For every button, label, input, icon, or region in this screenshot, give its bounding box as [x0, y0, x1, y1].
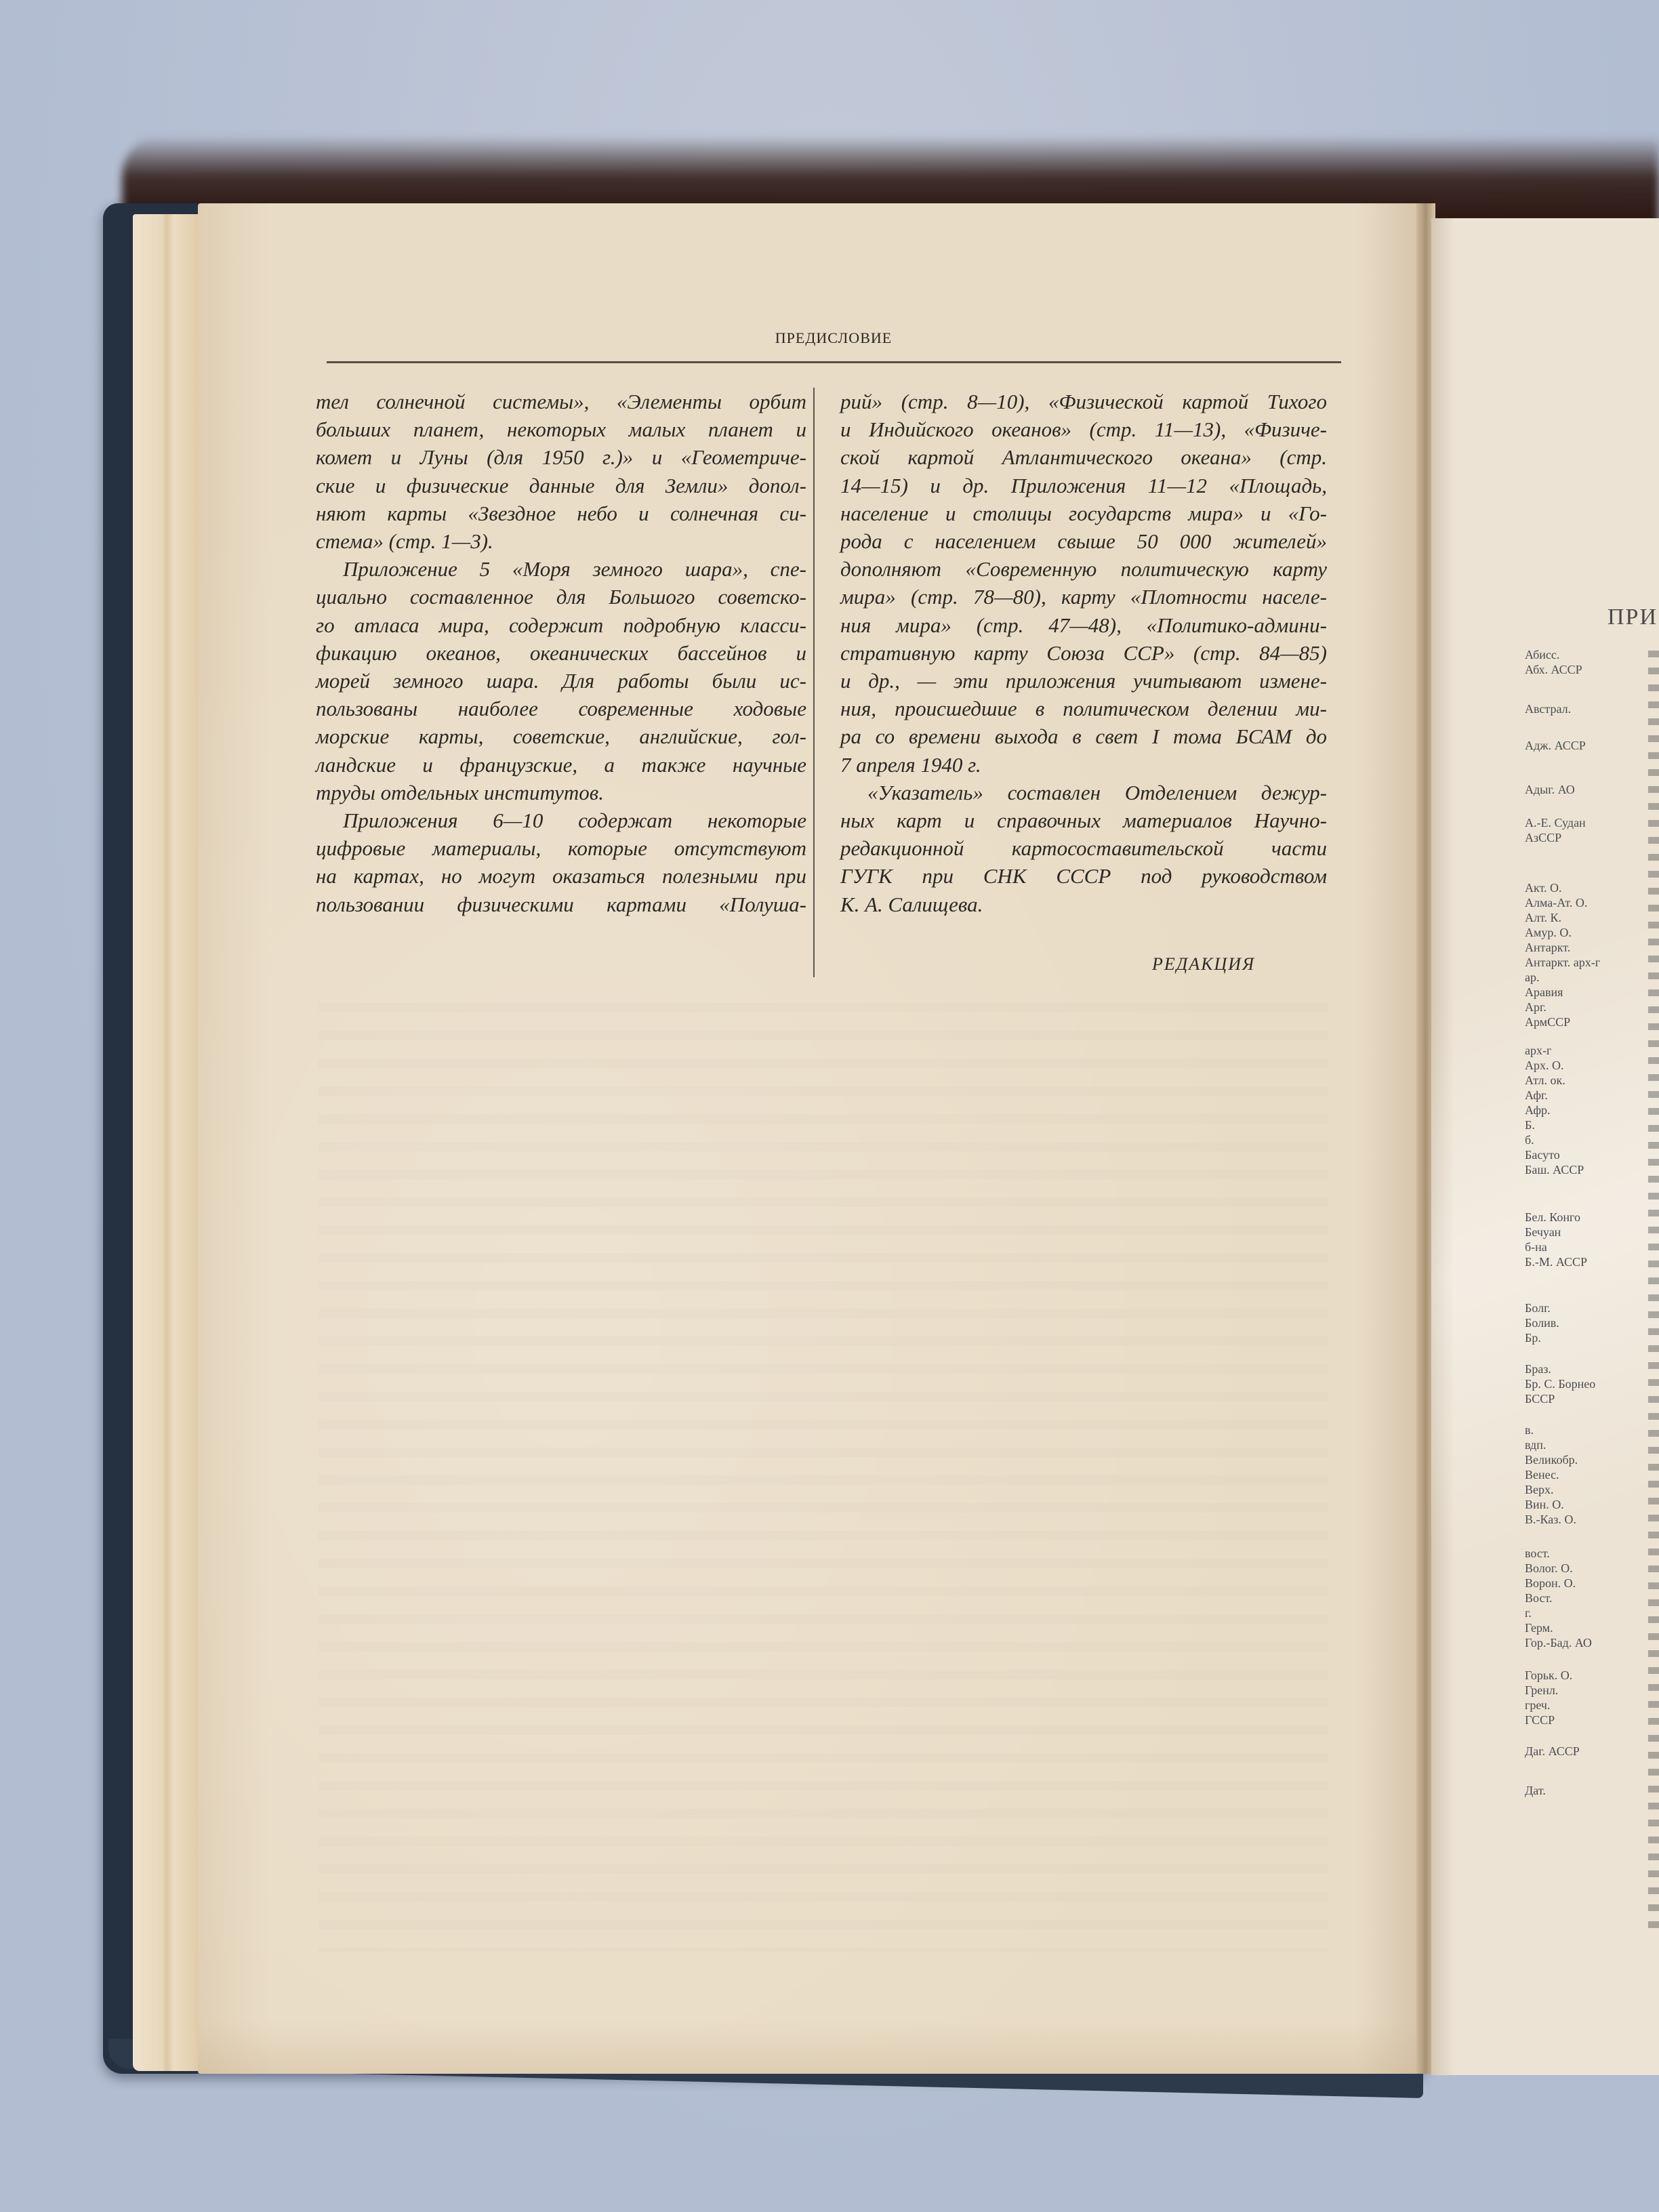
abbreviation-entry: Бел. Конго	[1525, 1210, 1580, 1225]
text-line: рода с населением свыше 50 000 жителей»	[840, 527, 1327, 555]
abbreviation-entry: Алт. К.	[1525, 911, 1561, 925]
abbreviation-entry: Герм.	[1525, 1621, 1553, 1635]
text-line: тел солнечной системы», «Элементы орбит	[316, 388, 806, 415]
abbreviation-entry: б-на	[1525, 1240, 1547, 1254]
running-head: ПРЕДИСЛОВИЕ	[325, 329, 1342, 347]
abbreviation-entry: ар.	[1525, 970, 1540, 985]
abbreviation-entry: Бр.	[1525, 1331, 1541, 1345]
text-line: ландские и французские, а также научные	[316, 751, 806, 779]
abbreviation-entry: вдп.	[1525, 1438, 1546, 1452]
abbreviation-entry: В.-Каз. О.	[1525, 1513, 1576, 1527]
abbreviation-entry: Абх. АССР	[1525, 663, 1582, 677]
text-line: и др., — эти приложения учитывают измене…	[840, 667, 1327, 695]
text-line: морские карты, советские, английские, го…	[316, 722, 806, 750]
abbreviation-entry: Бечуан	[1525, 1225, 1561, 1240]
abbreviation-entry: Болг.	[1525, 1301, 1551, 1315]
text-line: редакционной картосоставительской части	[840, 834, 1327, 862]
abbreviation-entry: г.	[1525, 1606, 1532, 1620]
abbreviation-entry: Гор.-Бад. АО	[1525, 1636, 1592, 1650]
abbreviation-entry: Арг.	[1525, 1000, 1547, 1015]
abbreviation-entry: Великобр.	[1525, 1453, 1578, 1467]
abbreviation-entry: Афг.	[1525, 1088, 1548, 1103]
abbreviation-entry: Аравия	[1525, 985, 1563, 1000]
abbreviation-entry: Адыг. АО	[1525, 783, 1575, 797]
right-page-cut-off-text	[1648, 651, 1659, 1938]
text-line: и Индийского океанов» (стр. 11—13), «Физ…	[840, 415, 1327, 443]
abbreviation-entry: б.	[1525, 1133, 1534, 1147]
text-line: больших планет, некоторых малых планет и	[316, 415, 806, 443]
abbreviation-entry: Даг. АССР	[1525, 1744, 1580, 1759]
abbreviation-entry: Верх.	[1525, 1483, 1554, 1497]
abbreviation-entry: Бр. С. Борнео	[1525, 1377, 1595, 1391]
text-line: цифровые материалы, которые отсутствуют	[316, 834, 806, 862]
abbreviation-entry: Болив.	[1525, 1316, 1559, 1330]
abbreviation-entry: Антаркт. арх-г	[1525, 956, 1600, 970]
text-line: труды отдельных институтов.	[316, 779, 806, 806]
text-line: дополняют «Современную политическую карт…	[840, 555, 1327, 583]
text-line: «Указатель» составлен Отделением дежур-	[840, 779, 1327, 806]
abbreviation-entry: БССР	[1525, 1392, 1555, 1406]
text-line: комет и Луны (для 1950 г.)» и «Геометрич…	[316, 443, 806, 471]
page-edges-stack	[133, 214, 207, 2071]
abbreviation-entry: Вост.	[1525, 1591, 1552, 1605]
signature: РЕДАКЦИЯ	[1152, 954, 1255, 975]
abbreviation-entry: Атл. ок.	[1525, 1073, 1565, 1088]
abbreviation-entry: ГССР	[1525, 1713, 1555, 1727]
right-page-title: ПРИ	[1607, 605, 1659, 630]
text-line: 7 апреля 1940 г.	[840, 751, 1327, 779]
abbreviation-entry: Афр.	[1525, 1103, 1550, 1118]
text-line: циально составленное для Большого советс…	[316, 583, 806, 611]
text-line: пользовании физическими картами «Полуша-	[316, 890, 806, 918]
text-line: фикацию океанов, океанических бассейнов …	[316, 639, 806, 667]
text-line: стративную карту Союза ССР» (стр. 84—85)	[840, 639, 1327, 667]
abbreviation-entry: Арх. О.	[1525, 1059, 1564, 1073]
text-line: ской картой Атлантического океана» (стр.	[840, 443, 1327, 471]
text-line: рий» (стр. 8—10), «Физической картой Тих…	[840, 388, 1327, 415]
abbreviation-entry: Антаркт.	[1525, 941, 1570, 955]
abbreviation-entry: Горьк. О.	[1525, 1668, 1572, 1683]
text-line: няют карты «Звездное небо и солнечная си…	[316, 499, 806, 527]
text-line: пользованы наиболее современные ходовые	[316, 695, 806, 722]
text-line: на картах, но могут оказаться полезными …	[316, 862, 806, 890]
text-line: Приложения 6—10 содержат некоторые	[316, 806, 806, 834]
abbreviation-entry: в.	[1525, 1423, 1534, 1437]
abbreviation-entry: Амур. О.	[1525, 926, 1572, 940]
abbreviation-entry: греч.	[1525, 1698, 1550, 1713]
text-line: ния, происшедшие в политическом делении …	[840, 695, 1327, 722]
abbreviation-entry: Вин. О.	[1525, 1498, 1564, 1512]
abbreviation-entry: арх-г	[1525, 1044, 1551, 1058]
abbreviation-entry: Венес.	[1525, 1468, 1559, 1482]
abbreviation-entry: А.-Е. Судан	[1525, 816, 1586, 830]
abbreviation-entry: Адж. АССР	[1525, 739, 1586, 753]
text-line: К. А. Салищева.	[840, 890, 1327, 918]
column-divider	[813, 388, 815, 977]
text-line: 14—15) и др. Приложения 11—12 «Площадь,	[840, 472, 1327, 499]
abbreviation-entry: Австрал.	[1525, 702, 1571, 716]
text-line: го атласа мира, содержит подробную класс…	[316, 611, 806, 639]
text-line: население и столицы государств мира» и «…	[840, 499, 1327, 527]
abbreviation-entry: Баш. АССР	[1525, 1163, 1584, 1177]
abbreviation-entry: Абисс.	[1525, 648, 1559, 662]
text-line: морей земного шара. Для работы были ис-	[316, 667, 806, 695]
abbreviation-entry: АзССР	[1525, 831, 1561, 845]
text-line: ния мира» (стр. 47—48), «Политико-админи…	[840, 611, 1327, 639]
abbreviation-entry: Б.-М. АССР	[1525, 1255, 1587, 1269]
text-line: ГУГК при СНК СССР под руководством	[840, 862, 1327, 890]
abbreviation-entry: Ворон. О.	[1525, 1576, 1576, 1591]
show-through-text	[319, 1003, 1328, 1952]
text-line: Приложение 5 «Моря земного шара», спе-	[316, 555, 806, 583]
text-column-left: тел солнечной системы», «Элементы орбитб…	[316, 388, 806, 918]
text-line: ных карт и справочных материалов Научно-	[840, 806, 1327, 834]
text-line: ские и физические данные для Земли» допо…	[316, 472, 806, 499]
abbreviation-entry: Волог. О.	[1525, 1561, 1573, 1576]
abbreviation-entry: Гренл.	[1525, 1683, 1558, 1698]
abbreviation-entry: АрмССР	[1525, 1015, 1570, 1029]
abbreviation-entry: вост.	[1525, 1547, 1550, 1561]
abbreviation-entry: Б.	[1525, 1118, 1535, 1132]
header-rule	[327, 361, 1341, 363]
abbreviation-entry: Акт. О.	[1525, 881, 1562, 895]
abbreviation-entry: Дат.	[1525, 1784, 1546, 1798]
text-line: стема» (стр. 1—3).	[316, 527, 806, 555]
abbreviation-entry: Браз.	[1525, 1362, 1551, 1376]
text-line: ра со времени выхода в свет I тома БСАМ …	[840, 722, 1327, 750]
text-line: мира» (стр. 78—80), карту «Плотности нас…	[840, 583, 1327, 611]
abbreviation-entry: Басуто	[1525, 1148, 1560, 1162]
text-column-right: рий» (стр. 8—10), «Физической картой Тих…	[840, 388, 1327, 918]
abbreviation-entry: Алма-Ат. О.	[1525, 896, 1587, 910]
